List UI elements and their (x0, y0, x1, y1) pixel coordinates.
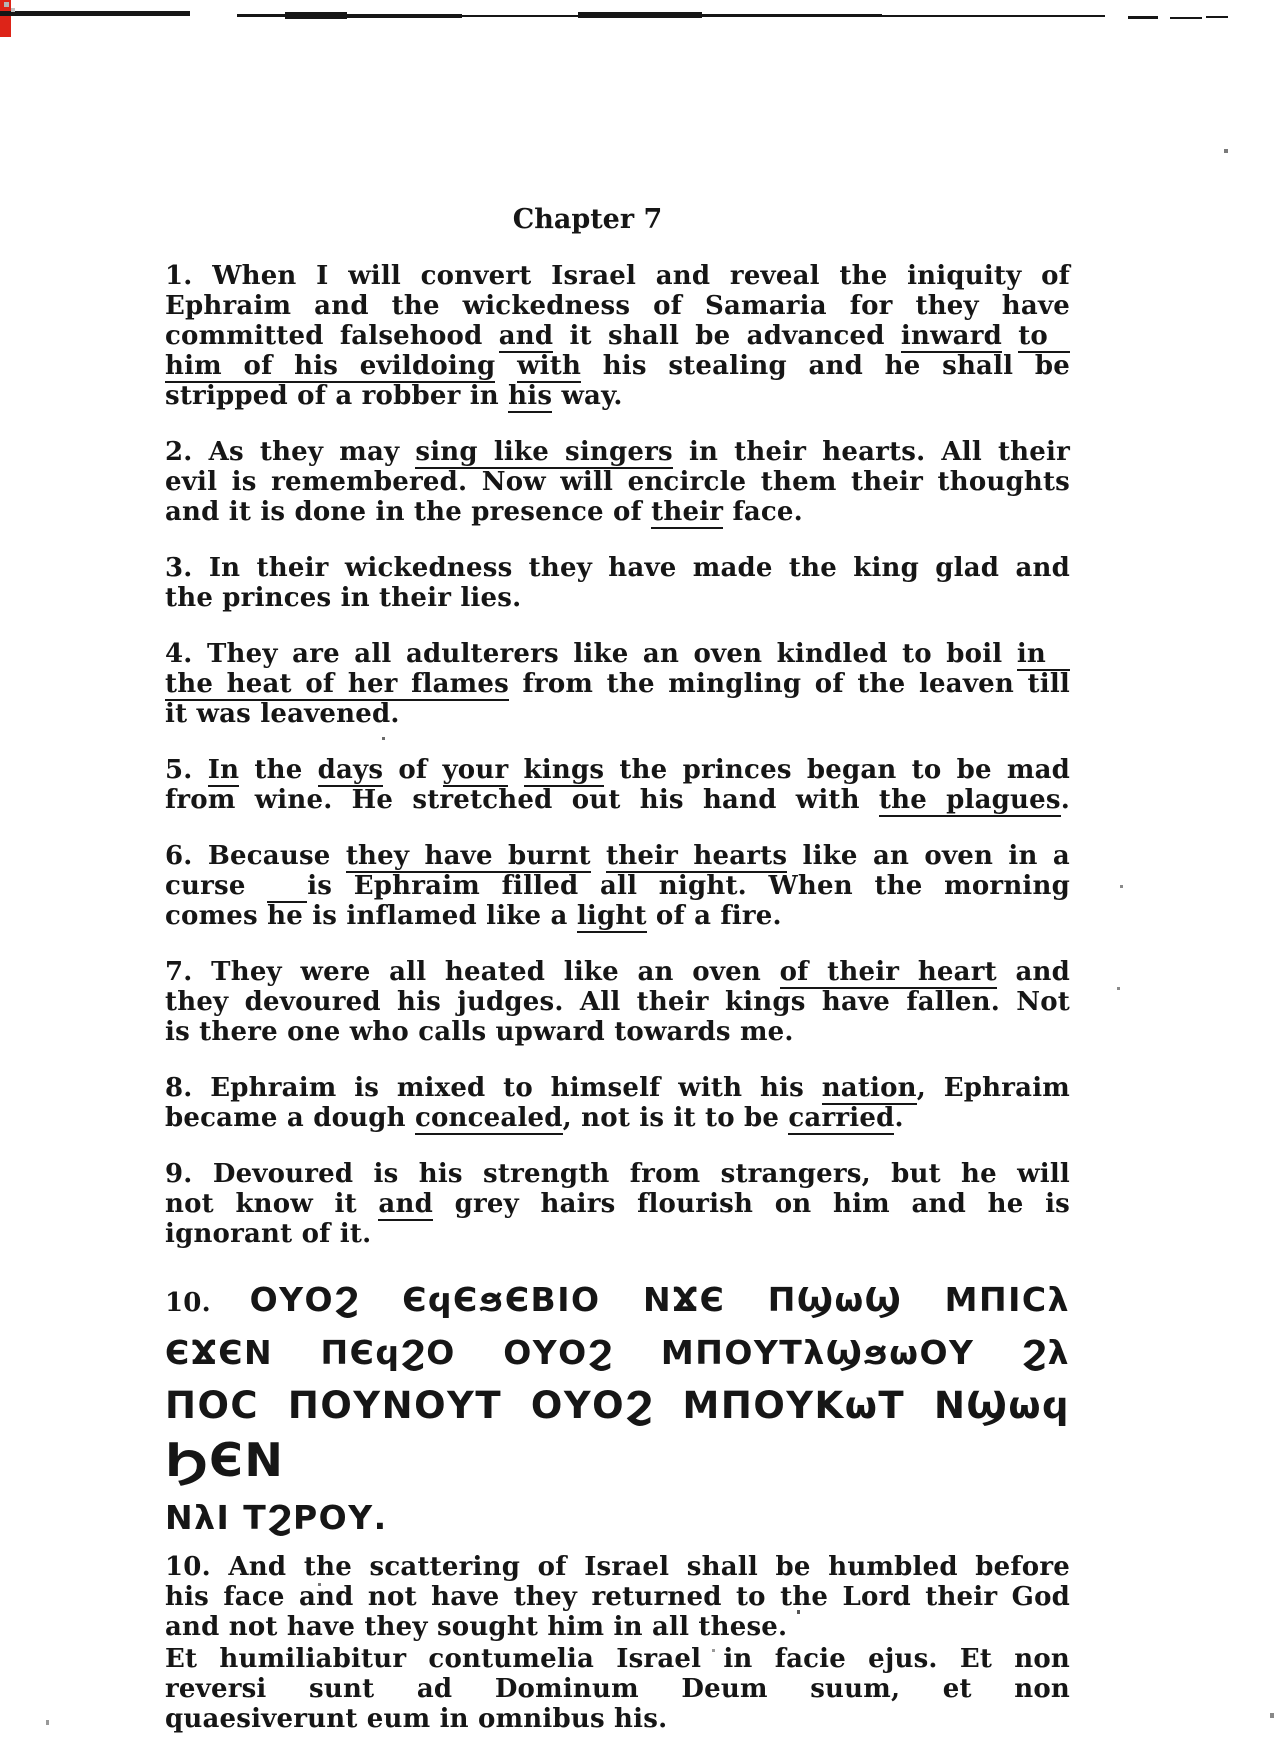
verse-10-translation: 10. And the scattering of Israel shall b… (165, 1552, 1070, 1642)
text-run: it shall be advanced (553, 321, 901, 351)
text-run: Ephraim and the wickedness of Samaria fo… (165, 291, 1070, 321)
verse-4: 4. They are all adulterers like an oven … (165, 639, 1070, 729)
text-line: it was leavened. (165, 699, 1070, 729)
text-run: curse (165, 871, 267, 901)
underlined-text-run: their (651, 497, 723, 529)
top-scan-line-segment (1170, 17, 1202, 19)
underlined-text-run: carried (788, 1103, 894, 1135)
text-line: from wine. He stretched out his hand wit… (165, 785, 1070, 815)
text-run (508, 755, 523, 785)
text-line: 1. When I will convert Israel and reveal… (165, 261, 1070, 291)
text-run: his face and not have they returned to t… (165, 1582, 1070, 1612)
text-run: face. (723, 497, 803, 527)
underlined-text-run: In (208, 755, 239, 787)
text-run: 10. (165, 1288, 250, 1318)
text-line: quaesiverunt eum in omnibus his. (165, 1704, 1070, 1734)
text-run: the (239, 755, 317, 785)
text-line: ΠΟC ΠΟΥΝΟΥΤ ΟΥΟϨ ΜΠΟΥΚωΤ ΝϢωϥ ϦЄΝ (165, 1381, 1070, 1493)
text-run: the princes began to be mad (604, 755, 1070, 785)
underlined-text-run: and (499, 321, 554, 353)
text-line: 10. And the scattering of Israel shall b… (165, 1552, 1070, 1582)
text-run: is there one who calls upward towards me… (165, 1017, 794, 1047)
underlined-text-run: his (508, 381, 552, 413)
text-line: his face and not have they returned to t… (165, 1582, 1070, 1612)
text-run: ignorant of it. (165, 1219, 371, 1249)
text-run: from wine. He stretched out his hand wit… (165, 785, 879, 815)
text-run: ϦЄΝ (165, 1433, 284, 1487)
text-line: 9. Devoured is his strength from strange… (165, 1159, 1070, 1189)
text-run: not know it (165, 1189, 378, 1219)
text-run: 3. In their wickedness they have made th… (165, 553, 1070, 583)
text-line: 4. They are all adulterers like an oven … (165, 639, 1070, 669)
text-run: 9. Devoured is his strength from strange… (165, 1159, 1070, 1189)
text-run: stripped of a robber in (165, 381, 508, 411)
underlined-text-run: your (443, 755, 509, 787)
underlined-text-run (267, 871, 307, 903)
text-run: his stealing and he shall be (581, 351, 1070, 381)
scan-speckle (46, 1720, 49, 1725)
top-scan-line-segment (700, 14, 882, 17)
text-line: comes he is inflamed like a light of a f… (165, 901, 1070, 931)
text-line: ЄϪЄΝ ΠЄϥϨΟ ΟΥΟϨ ΜΠΟΥΤλϢϧωΟΥ Ϩλ (165, 1328, 1070, 1381)
text-line: the princes in their lies. (165, 583, 1070, 613)
text-line: Et humiliabitur contumelia Israel in fac… (165, 1644, 1070, 1674)
text-run: quaesiverunt eum in omnibus his. (165, 1704, 667, 1734)
top-scan-line-segment (462, 15, 578, 17)
underlined-text-run: the heat of her flames (165, 669, 509, 701)
text-run: ΠΟC ΠΟΥΝΟΥΤ ΟΥΟϨ ΜΠΟΥΚωΤ ΝϢωϥ (165, 1384, 1070, 1427)
text-line: 6. Because they have burnt their hearts … (165, 841, 1070, 871)
top-scan-line-segment (880, 15, 1105, 17)
underlined-text-run: light (577, 901, 647, 933)
scan-speckle (1120, 885, 1123, 888)
scanned-book-page: { "page": { "background": "#ffffff", "in… (0, 0, 1275, 1755)
text-line: stripped of a robber in his way. (165, 381, 1070, 411)
text-line: became a dough concealed, not is it to b… (165, 1103, 1070, 1133)
text-run: 7. They were all heated like an oven (165, 957, 780, 987)
text-line: the heat of her flames from the mingling… (165, 669, 1070, 699)
top-scan-line-segment (1128, 16, 1158, 19)
verses-container: 1. When I will convert Israel and reveal… (165, 261, 1070, 1734)
text-run: like an oven in a (787, 841, 1070, 871)
top-scan-line-segment (578, 12, 702, 18)
text-run: the princes in their lies. (165, 583, 521, 613)
underlined-text-run: of their heart (780, 957, 997, 989)
verse-1: 1. When I will convert Israel and reveal… (165, 261, 1070, 411)
text-run: Et humiliabitur contumelia Israel in fac… (165, 1644, 1070, 1674)
text-run: 4. They are all adulterers like an oven … (165, 639, 1017, 669)
text-run: of (383, 755, 442, 785)
text-line: and not have they sought him in all thes… (165, 1612, 1070, 1642)
underlined-text-run: the plagues (879, 785, 1061, 817)
scan-speckle (4, 2, 9, 7)
underlined-text-run: in (1017, 639, 1070, 671)
verse-8: 8. Ephraim is mixed to himself with his … (165, 1073, 1070, 1133)
top-scan-line-segment (237, 14, 289, 17)
top-scan-line-segment (1206, 16, 1228, 18)
verse-7: 7. They were all heated like an oven of … (165, 957, 1070, 1047)
scan-speckle (11, 8, 15, 12)
underlined-text-run: with (517, 351, 581, 383)
text-run: they devoured his judges. All their king… (165, 987, 1070, 1017)
text-line: curse is Ephraim filled all night. When … (165, 871, 1070, 901)
text-run: committed falsehood (165, 321, 499, 351)
text-run: comes he is inflamed like a (165, 901, 577, 931)
underlined-text-run: nation (822, 1073, 917, 1105)
text-run (1002, 321, 1018, 351)
scan-speckle (1224, 149, 1228, 153)
text-run: in their hearts. All their (673, 437, 1070, 467)
underlined-text-run: sing like singers (415, 437, 673, 469)
verse-2: 2. As they may sing like singers in thei… (165, 437, 1070, 527)
text-run: ΟΥΟϨ ЄϥЄϧЄΒΙΟ ΝϪЄ ΠϢωϢ ΜΠΙCλ (250, 1280, 1070, 1319)
underlined-text-run: days (318, 755, 384, 787)
underlined-text-run: their hearts (606, 841, 787, 873)
underlined-text-run: to (1018, 321, 1070, 353)
text-run (591, 841, 606, 871)
text-run: 8. Ephraim is mixed to himself with his (165, 1073, 822, 1103)
top-scan-line-segment (0, 11, 190, 16)
chapter-title: Chapter 7 (165, 205, 1070, 235)
scan-speckle (1270, 1713, 1274, 1718)
underlined-text-run: and (378, 1189, 433, 1221)
text-run: became a dough (165, 1103, 415, 1133)
text-line: committed falsehood and it shall be adva… (165, 321, 1070, 351)
text-run: 6. Because (165, 841, 346, 871)
scan-speckle (1117, 987, 1120, 990)
text-run: and (997, 957, 1070, 987)
text-line: ΝλΙ ΤϨΡΟΥ. (165, 1493, 1070, 1546)
text-run: evil is remembered. Now will encircle th… (165, 467, 1070, 497)
text-run: reversi sunt ad Dominum Deum suum, et no… (165, 1674, 1070, 1704)
text-line: Ephraim and the wickedness of Samaria fo… (165, 291, 1070, 321)
text-line: 3. In their wickedness they have made th… (165, 553, 1070, 583)
text-line: ignorant of it. (165, 1219, 1070, 1249)
text-run: is Ephraim filled all night. When the mo… (307, 871, 1070, 901)
text-line: is there one who calls upward towards me… (165, 1017, 1070, 1047)
text-run: ΝλΙ ΤϨΡΟΥ. (165, 1498, 388, 1537)
text-line: 10. ΟΥΟϨ ЄϥЄϧЄΒΙΟ ΝϪЄ ΠϢωϢ ΜΠΙCλ (165, 1275, 1070, 1328)
text-run: ЄϪЄΝ ΠЄϥϨΟ ΟΥΟϨ ΜΠΟΥΤλϢϧωΟΥ Ϩλ (165, 1333, 1070, 1372)
text-run: 5. (165, 755, 208, 785)
text-run: grey hairs flourish on him and he is (433, 1189, 1070, 1219)
text-line: evil is remembered. Now will encircle th… (165, 467, 1070, 497)
verse-6: 6. Because they have burnt their hearts … (165, 841, 1070, 931)
text-line: him of his evildoing with his stealing a… (165, 351, 1070, 381)
text-line: they devoured his judges. All their king… (165, 987, 1070, 1017)
top-scan-line-segment (347, 14, 462, 18)
underlined-text-run: him of his evildoing (165, 351, 495, 383)
text-line: and it is done in the presence of their … (165, 497, 1070, 527)
verse-10-latin: Et humiliabitur contumelia Israel in fac… (165, 1644, 1070, 1734)
verse-10-coptic: 10. ΟΥΟϨ ЄϥЄϧЄΒΙΟ ΝϪЄ ΠϢωϢ ΜΠΙCλЄϪЄΝ ΠЄϥ… (165, 1275, 1070, 1546)
text-line: 8. Ephraim is mixed to himself with his … (165, 1073, 1070, 1103)
text-run: , Ephraim (917, 1073, 1070, 1103)
page-text-body: Chapter 7 1. When I will convert Israel … (165, 205, 1070, 1734)
verse-3: 3. In their wickedness they have made th… (165, 553, 1070, 613)
text-line: 2. As they may sing like singers in thei… (165, 437, 1070, 467)
text-run: way. (552, 381, 622, 411)
text-run: 2. As they may (165, 437, 415, 467)
text-line: 5. In the days of your kings the princes… (165, 755, 1070, 785)
underlined-text-run: they have burnt (346, 841, 591, 873)
text-run: and not have they sought him in all thes… (165, 1612, 787, 1642)
text-line: not know it and grey hairs flourish on h… (165, 1189, 1070, 1219)
text-run: . (894, 1103, 903, 1133)
text-run: , not is it to be (563, 1103, 789, 1133)
text-line: reversi sunt ad Dominum Deum suum, et no… (165, 1674, 1070, 1704)
top-scan-line-segment (285, 12, 347, 19)
text-run: 10. And the scattering of Israel shall b… (165, 1552, 1070, 1582)
underlined-text-run: inward (901, 321, 1002, 353)
text-run: of a fire. (647, 901, 782, 931)
text-run: and it is done in the presence of (165, 497, 651, 527)
text-run: 1. When I will convert Israel and reveal… (165, 261, 1070, 291)
underlined-text-run: kings (524, 755, 605, 787)
verse-9: 9. Devoured is his strength from strange… (165, 1159, 1070, 1249)
underlined-text-run: concealed (415, 1103, 563, 1135)
text-run: it was leavened. (165, 699, 400, 729)
verse-5: 5. In the days of your kings the princes… (165, 755, 1070, 815)
text-run (495, 351, 517, 381)
text-run: . (1061, 785, 1070, 815)
text-line: 7. They were all heated like an oven of … (165, 957, 1070, 987)
text-run: from the mingling of the leaven till (509, 669, 1070, 699)
